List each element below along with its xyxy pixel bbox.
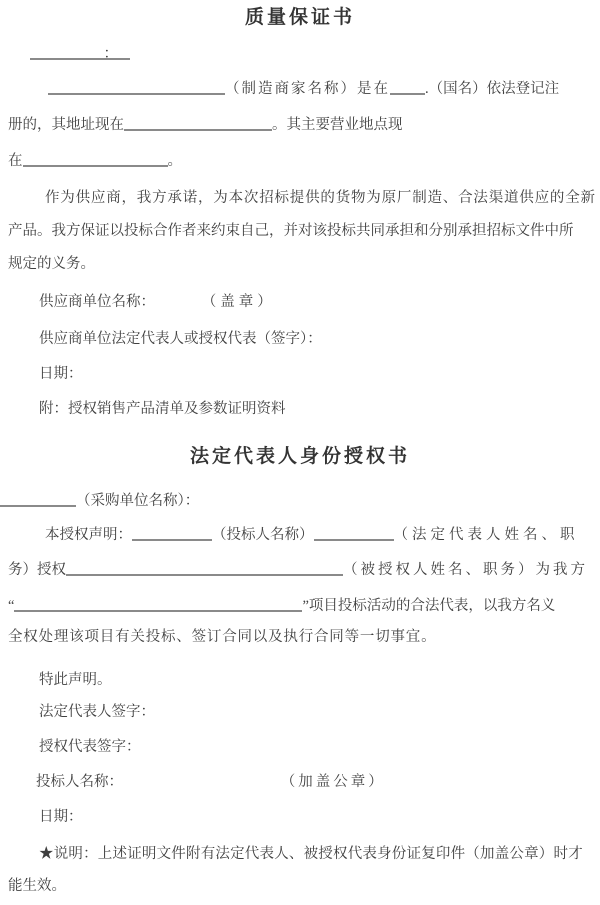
authorized-person-paren-label: （被授权人姓名、职务）为我方 xyxy=(343,562,588,578)
doc2-bidder-name-line: 投标人名称：（加盖公章） xyxy=(36,772,386,792)
legal-rep-paren-label: （法定代表人姓名、职 xyxy=(394,527,579,543)
doc1-paragraph1-line2: 册的，其地址现在。其主要营业地点现 xyxy=(8,115,403,135)
doc1-paragraph2-line1: 作为供应商，我方承诺，为本次招标提供的货物为原厂制造、合法渠道供应的全新 xyxy=(45,188,596,208)
doc1-paragraph1-line1: （制造商家名称）是在.（国名）依法登记注 xyxy=(48,79,559,99)
manufacturer-label: （制造商家名称）是在 xyxy=(225,81,390,97)
seal-label: （盖章） xyxy=(209,294,276,310)
address-text-b: 。其主要营业地点现 xyxy=(272,117,403,133)
business-place-text-a: 在 xyxy=(8,153,23,169)
doc2-auth-rep-sign-line: 授权代表签字： xyxy=(39,737,141,757)
doc1-salutation-line: ： xyxy=(30,42,130,62)
fill-blank-project-name xyxy=(14,596,302,612)
doc2-authorization-line2: 务）授权（被授权人姓名、职务）为我方 xyxy=(8,560,588,580)
doc2-declare-line: 特此声明。 xyxy=(39,670,112,690)
salutation-colon: ： xyxy=(104,44,131,64)
country-label: .（国名）依法登记注 xyxy=(425,81,559,97)
doc1-title: 质量保证书 xyxy=(0,8,600,28)
doc2-note-line1: ★说明：上述证明文件附有法定代表人、被授权代表身份证复印件（加盖公章）时才 xyxy=(39,844,583,864)
doc2-authorization-line1: 本授权声明：（投标人名称）（法定代表人姓名、职 xyxy=(45,525,579,545)
fill-blank-purchaser xyxy=(0,491,76,507)
business-place-text-b: 。 xyxy=(168,153,183,169)
doc2-purchaser-line: （采购单位名称）： xyxy=(0,491,199,511)
doc1-date-line: 日期： xyxy=(39,364,83,384)
bidder-name-paren-label: （投标人名称） xyxy=(212,527,314,543)
fill-blank-addressee: ： xyxy=(30,44,130,60)
fill-blank-address xyxy=(124,115,272,131)
doc2-title: 法定代表人身份授权书 xyxy=(0,447,600,467)
doc1-attachment-line: 附：授权销售产品清单及参数证明资料 xyxy=(39,399,286,419)
address-text-a: 册的，其地址现在 xyxy=(8,117,124,133)
doc1-paragraph1-line3: 在。 xyxy=(8,151,182,171)
auth-declaration-label: 本授权声明： xyxy=(45,527,132,543)
fill-blank-business-place xyxy=(23,151,168,167)
company-seal-label: （加盖公章） xyxy=(288,774,386,790)
doc2-authorization-line3: “”项目投标活动的合法代表，以我方名义 xyxy=(8,596,555,616)
document-page: 质量保证书 ： （制造商家名称）是在.（国名）依法登记注 册的，其地址现在。其主… xyxy=(0,0,600,905)
supplier-name-label: 供应商单位名称： xyxy=(39,294,155,310)
project-text: ”项目投标活动的合法代表，以我方名义 xyxy=(302,598,555,614)
doc2-authorization-line4: 全权处理该项目有关投标、签订合同以及执行合同等一切事宜。 xyxy=(8,627,436,647)
bidder-name-label: 投标人名称： xyxy=(36,774,123,790)
fill-blank-authorized-person xyxy=(66,560,343,576)
fill-blank-legal-rep xyxy=(314,525,394,541)
doc2-date-line: 日期： xyxy=(39,807,83,827)
authorize-text: 务）授权 xyxy=(8,562,66,578)
doc1-paragraph2-line2: 产品。我方保证以投标合作者来约束自己，并对该投标共同承担和分别承担招标文件中所 xyxy=(8,221,574,241)
doc1-rep-sign-line: 供应商单位法定代表人或授权代表（签字）： xyxy=(39,329,322,349)
doc2-note-line2: 能生效。 xyxy=(8,876,66,896)
doc1-paragraph2-line3: 规定的义务。 xyxy=(8,254,95,274)
fill-blank-bidder-name xyxy=(132,525,212,541)
fill-blank-country xyxy=(390,79,425,95)
doc2-legal-rep-sign-line: 法定代表人签字： xyxy=(39,702,155,722)
fill-blank-manufacturer xyxy=(48,79,225,95)
purchaser-label: （采购单位名称）： xyxy=(76,493,199,509)
doc1-supplier-name-line: 供应商单位名称：（盖章） xyxy=(39,292,276,312)
